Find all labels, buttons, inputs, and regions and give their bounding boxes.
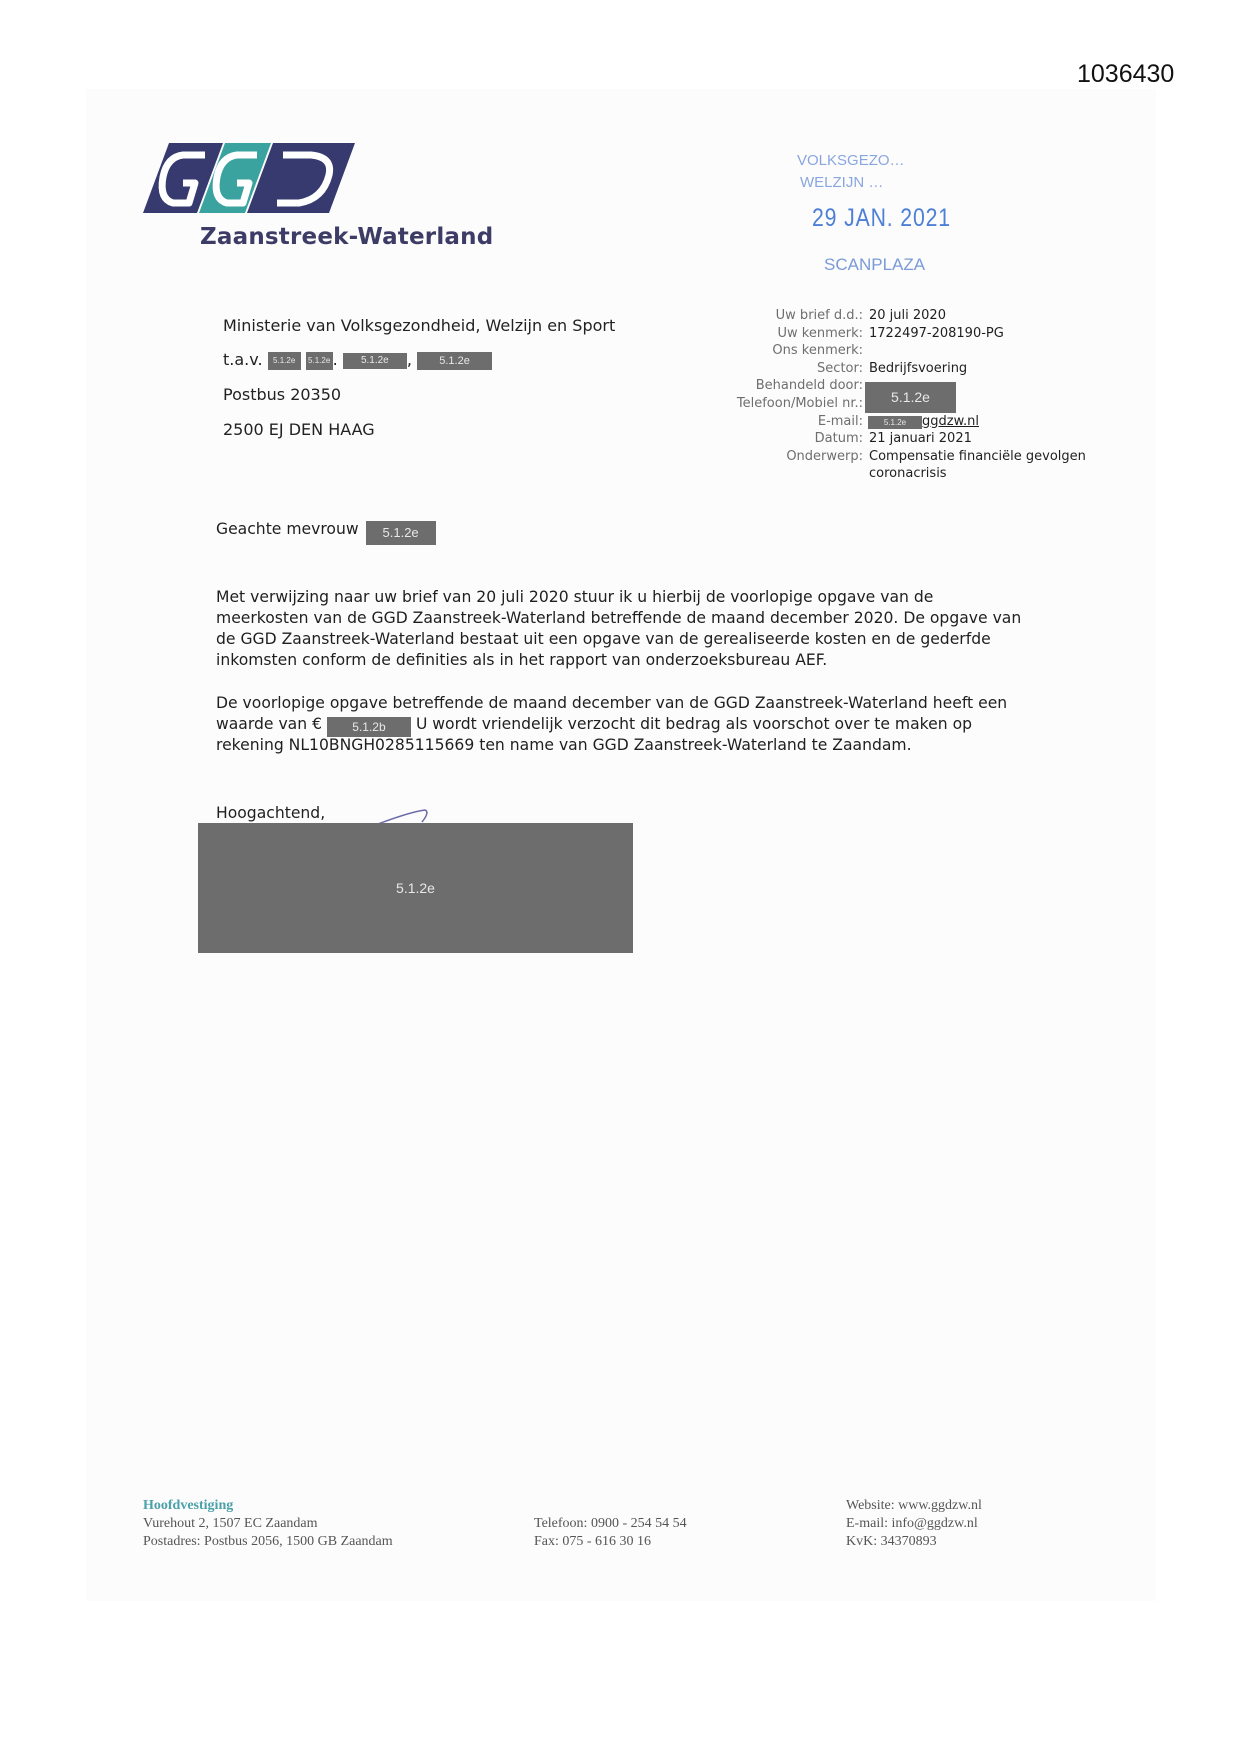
footer-email[interactable]: E-mail: info@ggdzw.nl bbox=[846, 1515, 982, 1533]
document-number: 1036430 bbox=[1077, 60, 1174, 89]
redaction: 5.1.2e bbox=[343, 353, 407, 369]
metadata-row: Uw brief d.d.:20 juli 2020 bbox=[660, 308, 1100, 326]
redaction: 5.1.2e bbox=[306, 352, 333, 370]
metadata-value: coronacrisis bbox=[869, 466, 947, 481]
request-text: U wordt vriendelijk verzocht dit bedrag … bbox=[416, 715, 972, 733]
metadata-label: Ons kenmerk: bbox=[772, 343, 863, 358]
footer-heading: Hoofdvestiging bbox=[143, 1497, 393, 1515]
redaction: 5.1.2e bbox=[268, 352, 301, 370]
paragraph-1-line: de GGD Zaanstreek-Waterland bestaat uit … bbox=[216, 630, 991, 648]
redaction: 5.1.2e bbox=[417, 352, 492, 370]
separator: . bbox=[333, 350, 338, 369]
metadata-label: Behandeld door: bbox=[756, 378, 863, 393]
metadata-row: Ons kenmerk: bbox=[660, 343, 1100, 361]
paragraph-2-line-3: rekening NL10BNGH0285115669 ten name van… bbox=[216, 736, 912, 754]
paragraph-2-line-2: waarde van € 5.1.2b U wordt vriendelijk … bbox=[216, 715, 972, 737]
metadata-label: Uw brief d.d.: bbox=[776, 308, 863, 323]
footer-web: Website: www.ggdzw.nl E-mail: info@ggdzw… bbox=[846, 1497, 982, 1551]
paragraph-2-line-1: De voorlopige opgave betreffende de maan… bbox=[216, 694, 1007, 712]
metadata-row: Onderwerp:Compensatie financiële gevolge… bbox=[660, 449, 1100, 467]
metadata-value: Compensatie financiële gevolgen bbox=[869, 449, 1086, 464]
attention-line: t.a.v. 5.1.2e5.1.2e. 5.1.2e, 5.1.2e bbox=[223, 350, 492, 370]
metadata-value[interactable]: ggdzw.nl bbox=[922, 414, 979, 429]
stamp-line-2: WELZIJN … bbox=[800, 174, 883, 191]
handler-redaction: 5.1.2e bbox=[865, 382, 956, 413]
separator: , bbox=[407, 350, 412, 369]
metadata-label: Sector: bbox=[817, 361, 863, 376]
metadata-value: 21 januari 2021 bbox=[869, 431, 972, 446]
organization-name: Zaanstreek-Waterland bbox=[200, 224, 493, 250]
paragraph-1-line: meerkosten van de GGD Zaanstreek-Waterla… bbox=[216, 609, 1021, 627]
recipient-city: 2500 EJ DEN HAAG bbox=[223, 420, 375, 439]
metadata-label: Datum: bbox=[815, 431, 863, 446]
email-redaction: 5.1.2e bbox=[868, 416, 922, 429]
metadata-label: Uw kenmerk: bbox=[778, 326, 864, 341]
metadata-label: Telefoon/Mobiel nr.: bbox=[737, 396, 863, 411]
ggd-logo-icon bbox=[143, 143, 355, 213]
footer-kvk: KvK: 34370893 bbox=[846, 1533, 982, 1551]
metadata-value: 20 juli 2020 bbox=[869, 308, 946, 323]
metadata-value: Bedrijfsvoering bbox=[869, 361, 967, 376]
signature-redaction: 5.1.2e bbox=[198, 823, 633, 953]
salutation-text: Geachte mevrouw bbox=[216, 520, 359, 538]
footer-contact: Telefoon: 0900 - 254 54 54 Fax: 075 - 61… bbox=[534, 1515, 687, 1551]
recipient-name: Ministerie van Volksgezondheid, Welzijn … bbox=[223, 316, 615, 335]
metadata-row: Sector:Bedrijfsvoering bbox=[660, 361, 1100, 379]
metadata-row: Uw kenmerk:1722497-208190-PG bbox=[660, 326, 1100, 344]
footer-address: Hoofdvestiging Vurehout 2, 1507 EC Zaand… bbox=[143, 1497, 393, 1551]
paragraph-1-line: inkomsten conform de definities als in h… bbox=[216, 651, 827, 669]
metadata-row: Datum:21 januari 2021 bbox=[660, 431, 1100, 449]
attention-prefix: t.a.v. bbox=[223, 350, 263, 369]
footer-phone: Telefoon: 0900 - 254 54 54 bbox=[534, 1515, 687, 1533]
stamp-location: SCANPLAZA bbox=[824, 255, 925, 275]
stamp-line-1: VOLKSGEZO… bbox=[797, 152, 905, 169]
salutation: Geachte mevrouw 5.1.2e bbox=[216, 520, 436, 545]
recipient-name-redaction: 5.1.2e bbox=[366, 521, 436, 545]
metadata-row: coronacrisis bbox=[660, 466, 1100, 484]
metadata-value: 1722497-208190-PG bbox=[869, 326, 1004, 341]
recipient-postbus: Postbus 20350 bbox=[223, 385, 341, 404]
paragraph-1-line: Met verwijzing naar uw brief van 20 juli… bbox=[216, 588, 933, 606]
metadata-label: E-mail: bbox=[818, 414, 863, 429]
amount-redaction: 5.1.2b bbox=[327, 717, 411, 737]
metadata-label: Onderwerp: bbox=[786, 449, 863, 464]
footer-website[interactable]: Website: www.ggdzw.nl bbox=[846, 1497, 982, 1515]
footer-postal: Postadres: Postbus 2056, 1500 GB Zaandam bbox=[143, 1533, 393, 1551]
footer-fax: Fax: 075 - 616 30 16 bbox=[534, 1533, 687, 1551]
stamp-date: 29 JAN. 2021 bbox=[812, 204, 951, 233]
ggd-logo bbox=[143, 143, 355, 213]
amount-prefix: waarde van € bbox=[216, 715, 322, 733]
footer-street: Vurehout 2, 1507 EC Zaandam bbox=[143, 1515, 393, 1533]
